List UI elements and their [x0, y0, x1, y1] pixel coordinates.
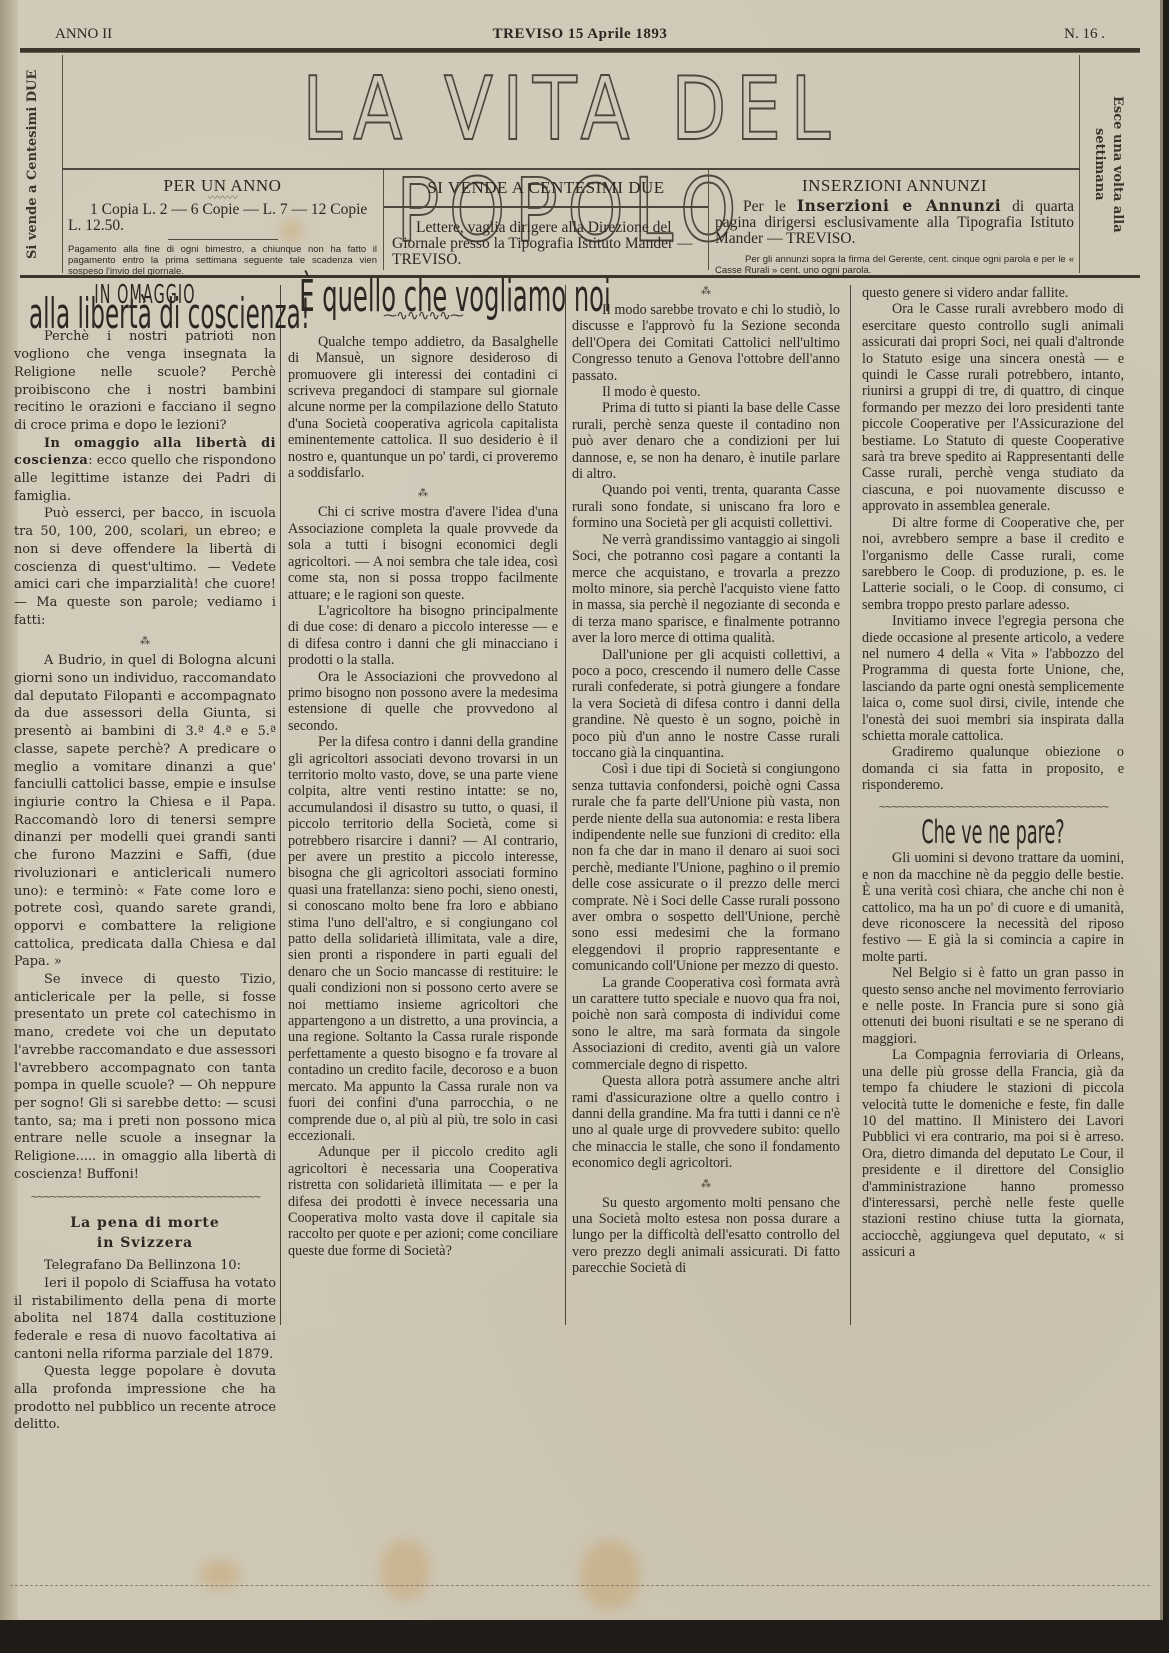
paragraph: La Compagnia ferroviaria di Orleans, una…: [862, 1047, 1124, 1260]
paragraph: Questa legge popolare è dovuta alla prof…: [14, 1363, 276, 1434]
side-note-left: Si vende a Centesimi DUE: [24, 62, 64, 267]
stain: [580, 1540, 640, 1610]
paragraph: Di altre forme di Cooperative che, per n…: [862, 515, 1124, 613]
paragraph: Dall'unione per gli acquisti collettivi,…: [572, 647, 840, 762]
paragraph: Su questo argomento molti pensano che un…: [572, 1195, 840, 1277]
dateline: TREVISO 15 Aprile 1893: [50, 26, 1110, 43]
asterism: ⁂: [14, 637, 276, 646]
paragraph: Gradiremo qualunque obiezione o domanda …: [862, 744, 1124, 793]
newspaper-title: LA VITA DEL POPOLO: [174, 58, 968, 153]
column-rule: [850, 285, 851, 1325]
sub-headline-line2: in Svizzera: [97, 1235, 193, 1251]
paragraph: Ora le Associazioni che provvedono al pr…: [288, 669, 558, 735]
newspaper-page: ANNO II TREVISO 15 Aprile 1893 N. 16 . S…: [0, 0, 1163, 1620]
paragraph: Gli uomini si devono trattare da uomini,…: [862, 850, 1124, 965]
paragraph: Perchè i nostri patrioti non vogliono ch…: [14, 328, 276, 434]
ads-text-bold: Inserzioni e Annunzi: [797, 196, 1001, 215]
sale-box: SI VENDE A CENTESIMI DUE Lettere, vaglia…: [384, 170, 709, 270]
article-headline: alla libertà di coscienza!: [29, 305, 261, 323]
paragraph: Adunque per il piccolo credito agli agri…: [288, 1144, 558, 1259]
sale-title: SI VENDE A CENTESIMI DUE: [384, 170, 708, 208]
article-headline: Che ve ne pare?: [888, 824, 1098, 840]
issue-number: N. 16 .: [1064, 26, 1105, 43]
column-rule: [565, 285, 566, 1325]
ads-title: INSERZIONI ANNUNZI: [715, 176, 1074, 196]
divider: [168, 239, 278, 240]
asterism: ⁂: [572, 1180, 840, 1189]
sale-text: Lettere, vaglia dirigere alla Direzione …: [384, 208, 708, 268]
column-4: questo genere si videro andar fallite. O…: [862, 285, 1124, 1261]
paragraph: Ne verrà grandissimo vantaggio ai singol…: [572, 532, 840, 647]
paragraph: La grande Cooperativa così formata avrà …: [572, 975, 840, 1073]
paragraph: Invitiamo invece l'egregia persona che d…: [862, 613, 1124, 744]
sub-headline: La pena di mortein Svizzera: [14, 1213, 276, 1253]
ads-text: Per le Inserzioni e Annunzi di quarta pa…: [715, 198, 1074, 247]
dateline-bar: ANNO II TREVISO 15 Aprile 1893 N. 16 .: [50, 22, 1110, 44]
info-boxes: PER UN ANNO 〰〰〰 1 Copia L. 2 — 6 Copie —…: [62, 168, 1080, 270]
asterism: ⁂: [572, 287, 840, 296]
column-2: È quello che vogliamo noi ⁓∿∿∿∿∿⁓ Qualch…: [288, 285, 558, 1259]
paragraph: Quando poi venti, trenta, quaranta Casse…: [572, 482, 840, 531]
paragraph: Il modo sarebbe trovato e chi lo studiò,…: [572, 302, 840, 384]
ads-box: INSERZIONI ANNUNZI Per le Inserzioni e A…: [709, 170, 1080, 270]
stain: [380, 1540, 430, 1600]
paragraph: Può esserci, per bacco, in iscuola tra 5…: [14, 505, 276, 629]
column-3: ⁂ Il modo sarebbe trovato e chi lo studi…: [572, 285, 840, 1277]
paragraph: Chi ci scrive mostra d'avere l'idea d'un…: [288, 504, 558, 602]
column-1: IN OMAGGIO alla libertà di coscienza! Pe…: [14, 285, 276, 1434]
paragraph: Questa allora potrà assumere anche altri…: [572, 1073, 840, 1171]
paragraph: Il modo è questo.: [572, 384, 840, 400]
side-note-right: Esce una volta alla settimana: [1086, 62, 1126, 267]
asterism: ⁂: [288, 489, 558, 498]
subscription-box: PER UN ANNO 〰〰〰 1 Copia L. 2 — 6 Copie —…: [62, 170, 384, 270]
paragraph: questo genere si videro andar fallite.: [862, 285, 1124, 301]
sub-headline-line1: La pena di morte: [70, 1215, 220, 1231]
paragraph: A Budrio, in quel di Bologna alcuni gior…: [14, 652, 276, 971]
paragraph: Qualche tempo addietro, da Basalghelle d…: [288, 334, 558, 482]
paragraph: Ora le Casse rurali avrebbero modo di es…: [862, 301, 1124, 514]
paragraph: Per la difesa contro i danni della grand…: [288, 734, 558, 1144]
ads-text-pre: Per le: [743, 198, 786, 215]
column-rule: [280, 285, 281, 1325]
paragraph: Telegrafano Da Bellinzona 10:: [14, 1257, 276, 1275]
page-edge-line: [10, 1585, 1150, 1587]
subscription-prices: 1 Copia L. 2 — 6 Copie — L. 7 — 12 Copie…: [68, 202, 377, 234]
paragraph: In omaggio alla libertà di coscienza: ec…: [14, 435, 276, 506]
ads-note: Per gli annunzi sopra la firma del Geren…: [715, 254, 1074, 276]
paragraph: Se invece di questo Tizio, anticlericale…: [14, 971, 276, 1183]
paragraph: Ieri il popolo di Sciaffusa ha votato il…: [14, 1275, 276, 1364]
article-headline: È quello che vogliamo noi: [299, 289, 547, 305]
top-rule: [20, 48, 1140, 53]
wavy-divider: ∼∼∼∼∼∼∼∼∼∼∼∼∼∼∼∼∼∼∼∼∼∼∼∼∼∼∼∼∼∼∼∼∼∼∼∼: [14, 1189, 276, 1207]
paragraph: Così i due tipi di Società si congiungon…: [572, 761, 840, 974]
paragraph: L'agricoltore ha bisogno principalmente …: [288, 603, 558, 669]
paragraph: Nel Belgio si è fatto un gran passo in q…: [862, 965, 1124, 1047]
paragraph: Prima di tutto si pianti la base delle C…: [572, 400, 840, 482]
